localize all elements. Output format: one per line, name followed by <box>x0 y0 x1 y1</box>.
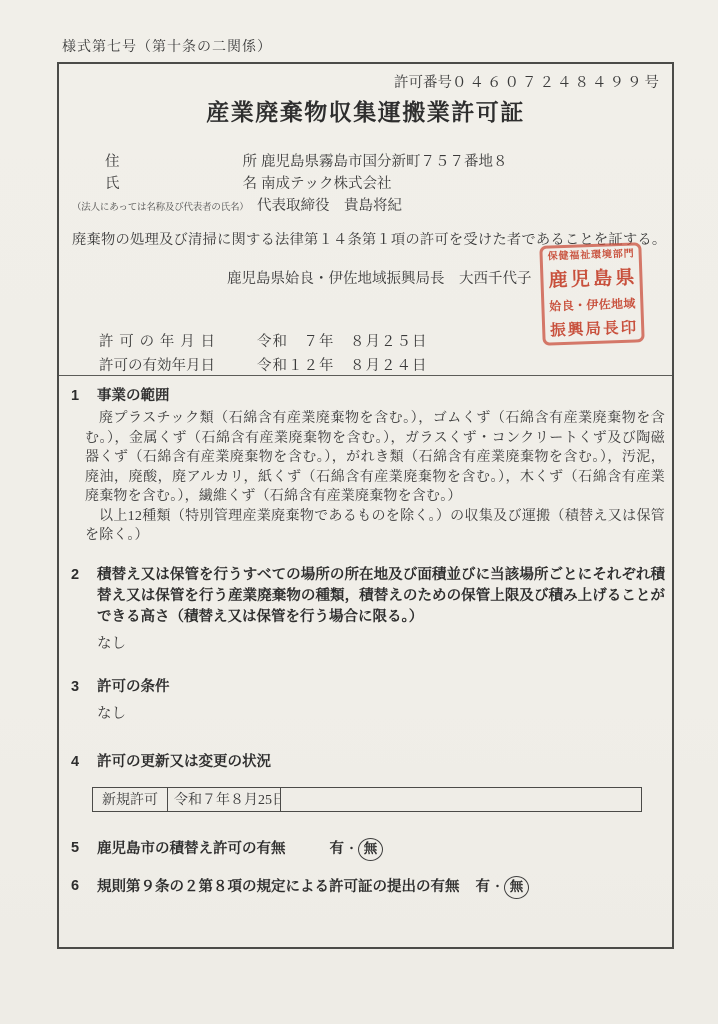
section-heading: 許可の条件 <box>97 677 665 698</box>
history-type-cell: 新規許可 <box>93 787 168 811</box>
grant-date-label: 許可の年月日 <box>99 330 215 351</box>
yes-no-choice: 有・無 <box>330 838 384 861</box>
no-option-circled: 無 <box>358 838 383 861</box>
waste-types-paragraph: 廃プラスチック類（石綿含有産業廃棄物を含む。），ゴムくず（石綿含有産業廃棄物を含… <box>85 409 665 507</box>
expiry-date-label: 許可の有効年月日 <box>99 354 215 375</box>
name-label: 氏名 <box>105 172 257 193</box>
permit-conditions-answer: なし <box>97 702 665 723</box>
permit-dates-block: 許可の年月日 令和 ７年 ８月２５日 許可の有効年月日 令和１２年 ８月２４日 <box>99 330 428 378</box>
permit-number-digits: ０４６０７２４８４９９ <box>452 75 645 91</box>
history-note-cell <box>281 787 642 811</box>
holder-name-row: 氏名 南成テック株式会社 <box>105 172 508 194</box>
section-number: 6 <box>71 876 97 897</box>
yes-option: 有 <box>476 877 491 898</box>
section-transfer-storage: 2 積替え又は保管を行うすべての場所の所在地及び面積並びに当該場所ごとにそれぞれ… <box>71 565 665 653</box>
section-number: 1 <box>71 386 97 407</box>
section-renewal-history: 4 許可の更新又は変更の状況 新規許可 令和７年８月25日 <box>71 752 665 812</box>
issuer-name: 鹿児島県姶良・伊佐地域振興局長 大西千代子 <box>227 267 532 288</box>
grant-date-value: 令和 ７年 ８月２５日 <box>257 330 428 351</box>
section-number: 2 <box>71 565 97 586</box>
section-heading: 規則第９条の２第８項の規定による許可証の提出の有無 <box>97 879 460 895</box>
permit-number-label: 許可番号 <box>394 75 452 91</box>
holder-address-row: 住所 鹿児島県霧島市国分新町７５７番地８ <box>105 150 508 172</box>
section-kagoshima-transfer-permit: 5 鹿児島市の積替え許可の有無有・無 <box>71 838 665 861</box>
yes-no-choice: 有・無 <box>476 876 530 899</box>
section-heading: 積替え又は保管を行うすべての場所の所在地及び面積並びに当該場所ごとにそれぞれ積替… <box>97 565 665 628</box>
document-title: 産業廃棄物収集運搬業許可証 <box>59 94 672 127</box>
seal-prefecture-line: 鹿児島県 <box>548 268 635 292</box>
choice-separator: ・ <box>492 877 503 898</box>
permit-certificate-sheet: 許可番号０４６０７２４８４９９号 産業廃棄物収集運搬業許可証 住所 鹿児島県霧島… <box>57 62 674 949</box>
section-number: 3 <box>71 677 97 698</box>
name-value: 南成テック株式会社 <box>261 172 392 193</box>
address-label: 住所 <box>105 150 257 171</box>
section-heading: 鹿児島市の積替え許可の有無 <box>97 841 286 857</box>
no-option-circled: 無 <box>504 876 529 899</box>
section-permit-conditions: 3 許可の条件 なし <box>71 677 665 723</box>
section-heading: 事業の範囲 <box>97 386 665 407</box>
choice-separator: ・ <box>346 839 357 860</box>
transfer-storage-answer: なし <box>97 632 665 653</box>
table-row: 新規許可 令和７年８月25日 <box>93 787 642 811</box>
section-business-scope: 1 事業の範囲 廃プラスチック類（石綿含有産業廃棄物を含む。），ゴムくず（石綿含… <box>71 386 665 546</box>
section-number: 5 <box>71 838 97 859</box>
section-permit-submission: 6 規則第９条の２第８項の規定による許可証の提出の有無有・無 <box>71 876 665 899</box>
permit-holder-block: 住所 鹿児島県霧島市国分新町７５７番地８ 氏名 南成テック株式会社 （法人にあっ… <box>105 150 508 216</box>
scanned-permit-document: 様式第七号（第十条の二関係） 許可番号０４６０７２４８４９９号 産業廃棄物収集運… <box>0 0 718 1024</box>
section-heading: 許可の更新又は変更の状況 <box>97 752 665 773</box>
corporate-note: （法人にあっては名称及び代表者の氏名） <box>72 199 254 213</box>
permit-number-suffix: 号 <box>645 75 660 91</box>
seal-office-line: 振興局長印 <box>550 319 637 339</box>
section-number: 4 <box>71 752 97 773</box>
grant-date-row: 許可の年月日 令和 ７年 ８月２５日 <box>99 330 428 354</box>
history-date-cell: 令和７年８月25日 <box>168 787 281 811</box>
address-value: 鹿児島県霧島市国分新町７５７番地８ <box>261 150 508 171</box>
yes-option: 有 <box>330 839 345 860</box>
expiry-date-value: 令和１２年 ８月２４日 <box>257 354 428 375</box>
renewal-history-table: 新規許可 令和７年８月25日 <box>92 787 642 812</box>
numbered-sections: 1 事業の範囲 廃プラスチック類（石綿含有産業廃棄物を含む。），ゴムくず（石綿含… <box>71 386 665 899</box>
seal-department-line: 保健福祉環境部門 <box>547 249 633 263</box>
summary-paragraph: 以上12種類（特別管理産業廃棄物であるものを除く。）の収集及び運搬（積替え又は保… <box>85 507 665 546</box>
business-scope-body: 廃プラスチック類（石綿含有産業廃棄物を含む。），ゴムくず（石綿含有産業廃棄物を含… <box>85 409 665 546</box>
form-number-label: 様式第七号（第十条の二関係） <box>62 36 272 56</box>
official-seal-stamp: 保健福祉環境部門 鹿児島県 姶良・伊佐地域 振興局長印 <box>539 242 644 345</box>
holder-representative-row: （法人にあっては名称及び代表者の氏名） 代表取締役 貴島将紀 <box>105 194 508 216</box>
representative-value: 代表取締役 貴島将紀 <box>257 194 402 215</box>
seal-region-line: 姶良・伊佐地域 <box>549 297 635 313</box>
section-divider <box>59 375 672 376</box>
permit-number: 許可番号０４６０７２４８４９９号 <box>394 71 659 92</box>
